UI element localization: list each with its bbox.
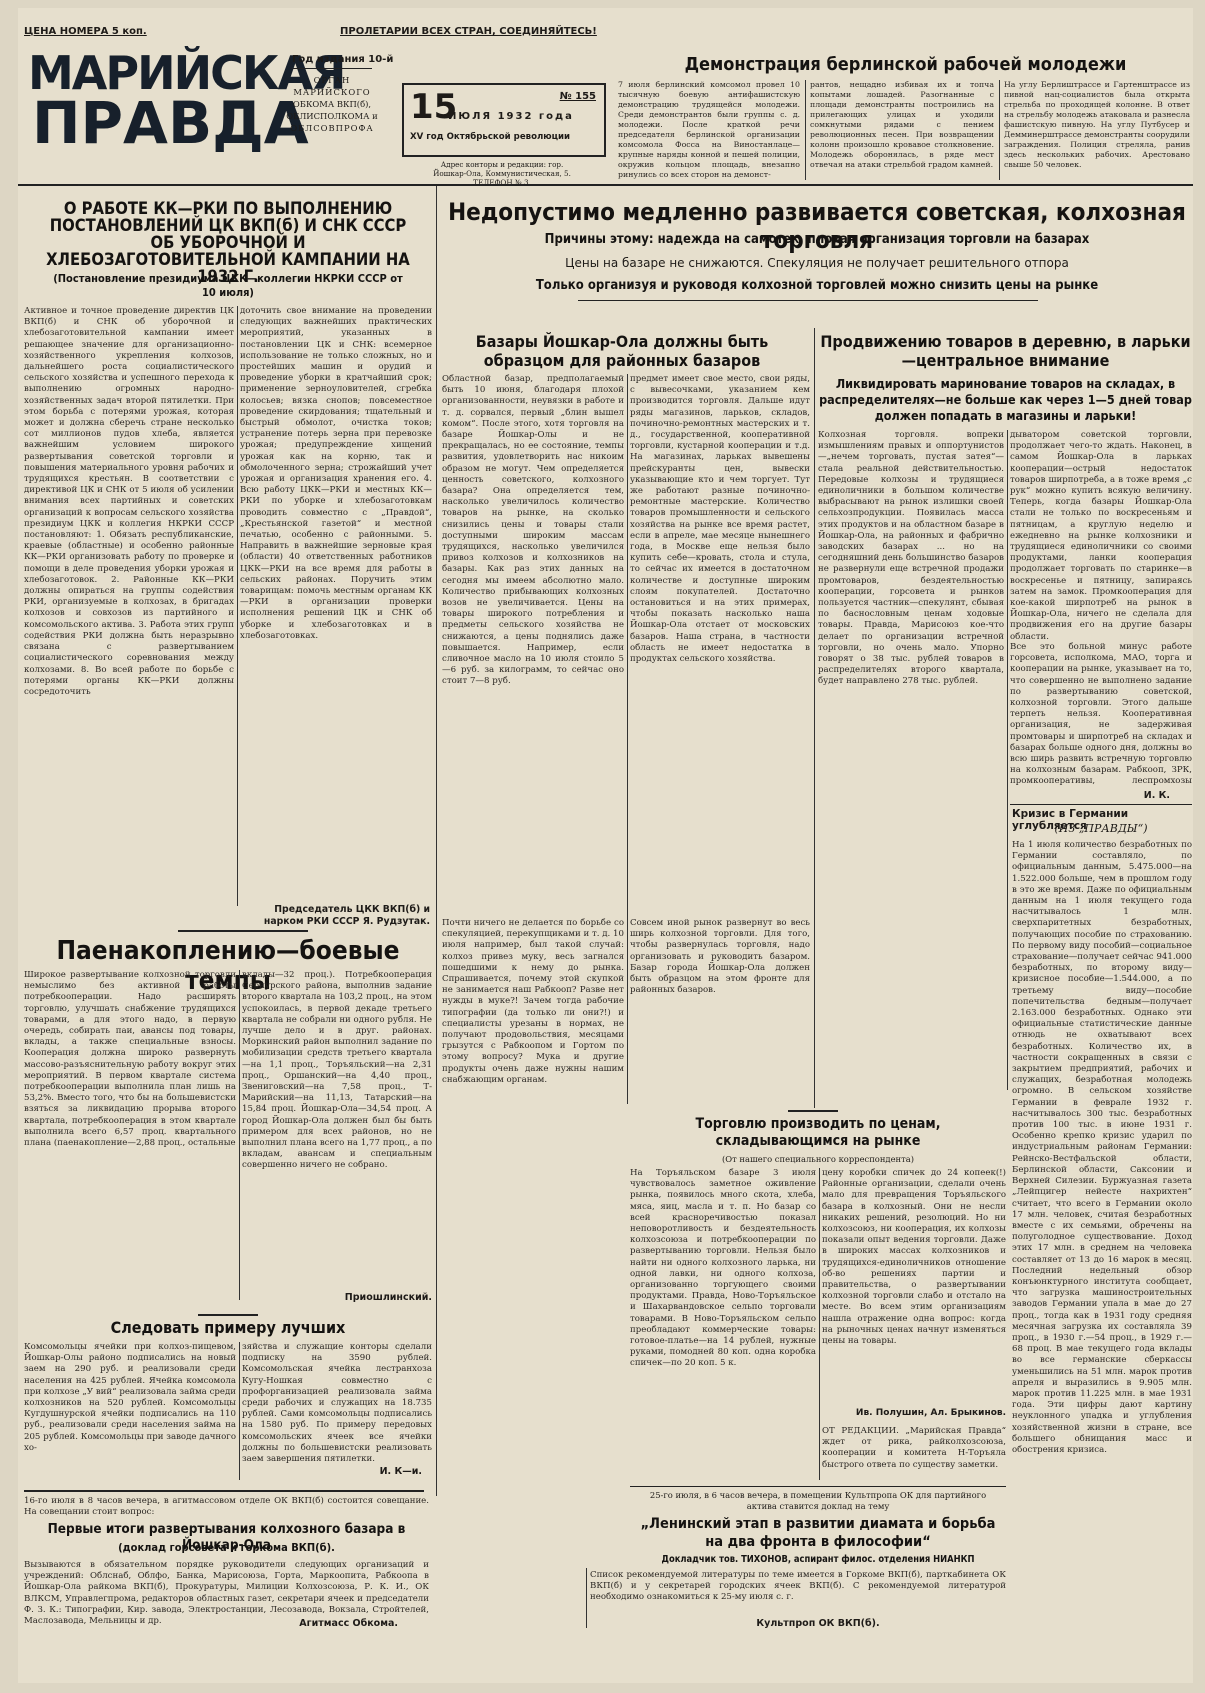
lecture-headline-line: на два фронта в философии“ [630,1533,1006,1551]
date-box: 15 № 155 ИЮЛЯ 1932 года XV год Октябрьск… [402,83,606,157]
rki-signature: Председатель ЦКК ВКП(б) и нарком РКИ ССС… [240,904,430,928]
trade-sub3: Только организуя и руководя колхозной то… [442,278,1192,293]
lecture-headline-line: „Ленинский этап в развитии диамата и бор… [630,1515,1006,1533]
prices-correspondent: (От нашего специального корреспондента) [630,1154,1006,1164]
rki-col1: Активное и точное проведение директив ЦК… [24,306,234,906]
bazaars-cont-col3: Совсем иной рынок развернут во весь ширь… [630,918,810,1108]
best-headline: Следовать примеру лучших [24,1318,432,1337]
villages-col2: дыватором советской торговли, продолжает… [1010,430,1192,640]
lecture-intro-line: актива ставится доклад на тему [630,1501,1006,1512]
organ-line: ОБЛИСПОЛКОМА и [284,110,380,122]
newspaper-page: ЦЕНА НОМЕРА 5 коп. ПРОЛЕТАРИИ ВСЕХ СТРАН… [18,8,1193,1683]
savings-signature: Приошлинский. [242,1292,432,1303]
berlin-headline: Демонстрация берлинской рабочей молодежи [618,54,1193,75]
meeting-intro: 16-го июля в 8 часов вечера, в агитмассо… [24,1496,429,1520]
lecture-signature: Культпроп ОК ВКП(б). [718,1618,918,1629]
organ-line: МАРИЙСКОГО [284,86,380,98]
villages-subhead: Ликвидировать маринование товаров на скл… [818,376,1193,424]
signature-line: нарком РКИ СССР Я. Рудзутак. [240,916,430,928]
bazaars-col1: Областной базар, предполагаемый быть 10 … [442,374,624,914]
address-line: Адрес конторы и редакции: гор. [402,160,602,169]
organ-line: ОБКОМА ВКП(б), [284,98,380,110]
organ-line: ОБЛСОВПРОФА [284,122,380,134]
berlin-col2: рантов, нещадно избивая их и топча копыт… [810,80,994,180]
lecture-speaker: Докладчик тов. ТИХОНОВ, аспирант филос. … [630,1554,1006,1565]
date-month-year: ИЮЛЯ 1932 года [448,111,574,122]
slogan: ПРОЛЕТАРИИ ВСЕХ СТРАН, СОЕДИНЯЙТЕСЬ! [340,26,597,37]
germany-source: (ИЗ „ПРАВДЫ“) [1010,822,1192,835]
best-col1: Комсомольцы ячейки при колхоз-пищевом, Й… [24,1342,236,1480]
bazaars-cont-col1: Почти ничего не делается по борьбе со сп… [442,918,624,1568]
savings-col1: Широкое развертывание колхозной торговли… [24,970,236,1300]
rki-subhead: (Постановление президиума ЦКК—коллегии Н… [48,272,408,300]
price-label: ЦЕНА НОМЕРА 5 коп. [24,26,147,37]
berlin-col3: На углу Берлиштрассе и Гартенштрассе из … [1004,80,1190,180]
meeting-subhead: (доклад горсовета и горкома ВКП(б). [24,1541,429,1554]
meeting-signature: Агитмасс Обкома. [218,1618,398,1629]
germany-body: На 1 июля количество безработных по Герм… [1012,840,1192,1660]
berlin-col1: 7 июля берлинский комсомол провел 10 тыс… [618,80,800,180]
savings-col2: вклады—32 проц.). Потребкооперация Серну… [242,970,432,1290]
address-block: Адрес конторы и редакции: гор. Йошкар-Ол… [402,160,602,187]
villages-headline: Продвижению товаров в деревню, в ларьки—… [818,332,1193,370]
issue-number: № 155 [560,91,596,102]
prices-editorial-note: ОТ РЕДАКЦИИ. „Марийская Правда“ ждет от … [822,1426,1006,1480]
trade-sub1: Причины этому: надежда на самотек, плоха… [442,232,1192,247]
organ-line: ОРГАН [284,74,380,86]
bazaars-col2: предмет имеет свое место, свои ряды, с в… [630,374,810,914]
organ-block: ОРГАН МАРИЙСКОГО ОБКОМА ВКП(б), ОБЛИСПОЛ… [284,74,380,134]
villages-signature: И. К. [1010,790,1170,801]
lecture-headline: „Ленинский этап в развитии диамата и бор… [630,1515,1006,1551]
signature-line: Председатель ЦКК ВКП(б) и [240,904,430,916]
rki-col2: доточить свое внимание на проведении сле… [240,306,432,896]
lecture-intro: 25-го июля, в 6 часов вечера, в помещени… [630,1490,1006,1512]
lecture-intro-line: 25-го июля, в 6 часов вечера, в помещени… [630,1490,1006,1501]
villages-col3: Все это больной минус работе горсовета, … [1010,642,1192,790]
masthead-title-line2: ПРАВДА [32,94,309,152]
best-col2: зяйства и служащие конторы сделали подпи… [242,1342,432,1466]
bazaars-headline: Базары Йошкар-Ола должны быть образцом д… [442,332,802,370]
revolution-year: XV год Октябрьской революции [410,132,570,142]
best-signature: И. К—и. [242,1466,422,1477]
lecture-body: Список рекомендуемой литературы по теме … [590,1570,1006,1610]
prices-headline: Торговлю производить по ценам, складываю… [630,1116,1006,1150]
villages-col1: Колхозная торговля. вопреки измышлениям … [818,430,1004,920]
trade-sub2: Цены на базаре не снижаются. Спекуляция … [442,256,1192,270]
prices-col1: На Торъяльском базаре 3 июля чувствовало… [630,1168,816,1480]
prices-signature: Ив. Полушин, Ал. Брыкинов. [822,1408,1006,1418]
prices-col2: цену коробки спичек до 24 копеек(!) Райо… [822,1168,1006,1408]
year-of-issue: Год издания 10-й [292,54,393,65]
address-line: Йошкар-Ола, Коммунистическая, 5. [402,169,602,178]
